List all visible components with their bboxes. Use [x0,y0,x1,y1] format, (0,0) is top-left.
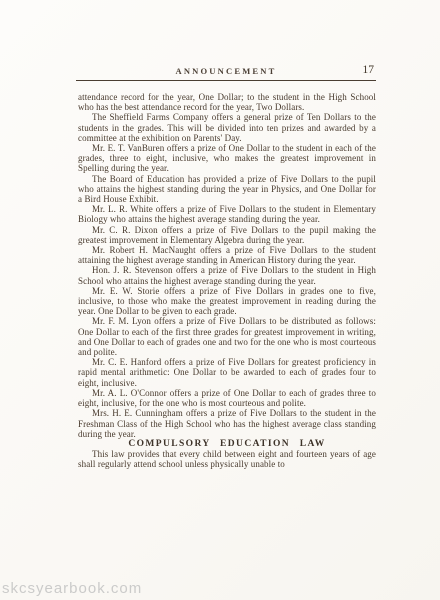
paragraph-oconnor: Mr. A. L. O'Connor offers a prize of One… [78,388,376,408]
paragraph-lyon: Mr. F. M. Lyon offers a prize of Five Do… [78,316,376,357]
page-header: ANNOUNCEMENT 17 [76,64,376,78]
paragraph-storie: Mr. E. W. Storie offers a prize of Five … [78,286,376,317]
section-heading: COMPULSORY EDUCATION LAW [78,439,376,449]
paragraph-attendance: attendance record for the year, One Doll… [78,92,376,112]
page-body: attendance record for the year, One Doll… [78,92,376,470]
paragraph-compulsory-law: This law provides that every child betwe… [78,449,376,469]
paragraph-macnaught: Mr. Robert H. MacNaught offers a prize o… [78,245,376,265]
paragraph-white: Mr. L. R. White offers a prize of Five D… [78,204,376,224]
paragraph-dixon: Mr. C. R. Dixon offers a prize of Five D… [78,225,376,245]
scanned-page: ANNOUNCEMENT 17 attendance record for th… [0,0,440,600]
page-number: 17 [363,64,375,76]
paragraph-sheffield-farms: The Sheffield Farms Company offers a gen… [78,112,376,143]
paragraph-hanford: Mr. C. E. Hanford offers a prize of Five… [78,357,376,388]
running-title: ANNOUNCEMENT [76,66,376,76]
header-rule [76,80,376,81]
paragraph-board-of-education: The Board of Education has provided a pr… [78,174,376,205]
paragraph-stevenson: Hon. J. R. Stevenson offers a prize of F… [78,265,376,285]
paragraph-cunningham: Mrs. H. E. Cunningham offers a prize of … [78,408,376,439]
paragraph-vanburen: Mr. E. T. VanBuren offers a prize of One… [78,143,376,174]
watermark: skcsyearbook.com [2,580,142,597]
